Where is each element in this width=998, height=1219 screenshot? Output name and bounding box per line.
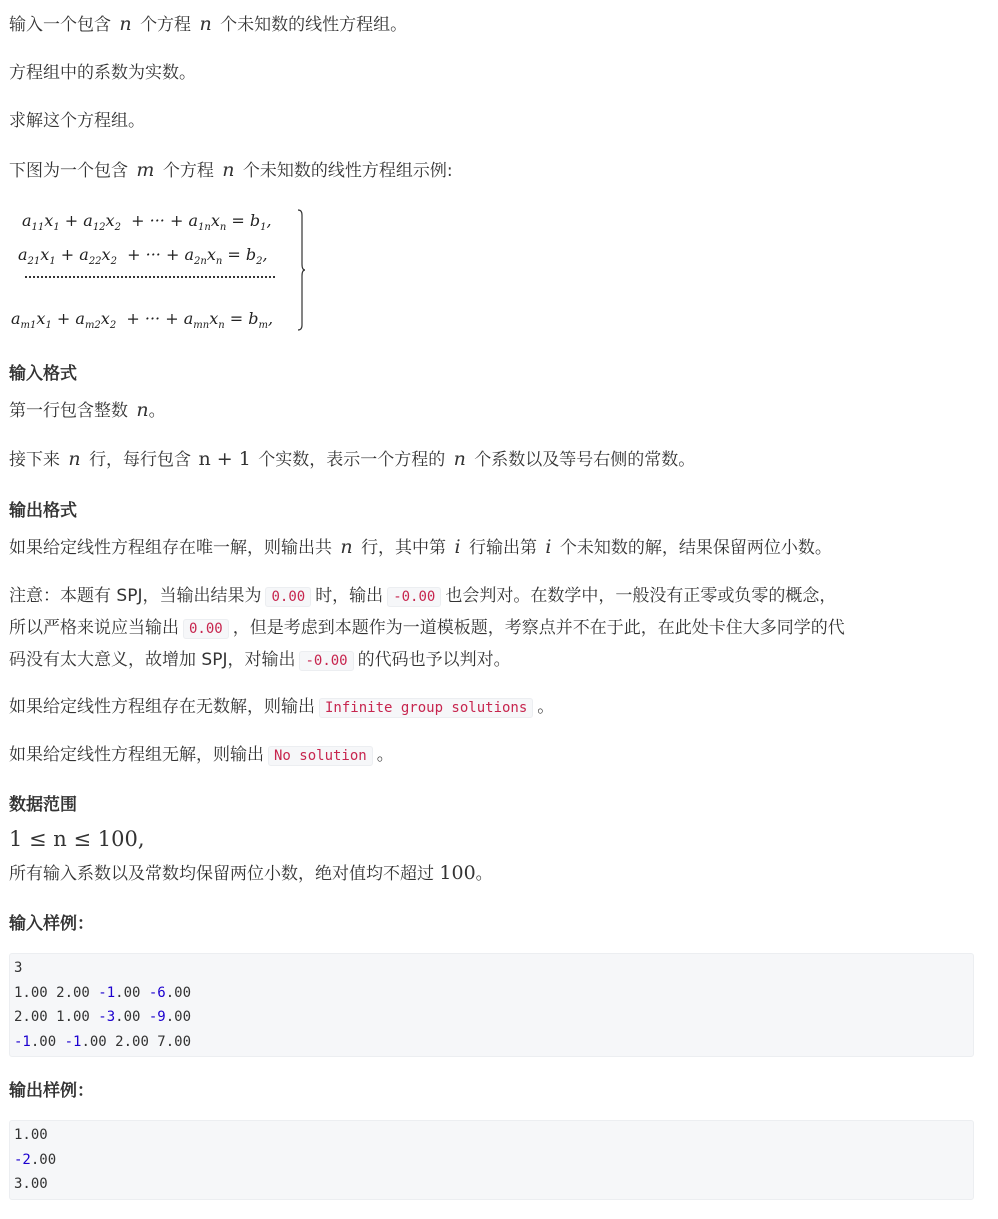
text: 所有输入系数以及常数均保留两位小数，绝对值均不超过 <box>9 864 434 884</box>
code-text: .00 <box>31 1152 56 1168</box>
text: 个未知数的线性方程组示例: <box>243 161 453 181</box>
code-text: .00 <box>31 1034 65 1050</box>
equation-row-1: a11x1 + a12x2 + ··· + a1nxn = b1, <box>22 211 272 233</box>
infinite-solutions-line: 如果给定线性方程组存在无数解，则输出Infinite group solutio… <box>9 692 554 724</box>
text: 注意：本题有 SPJ，当输出结果为 <box>9 586 261 606</box>
section-heading-output-format: 输出格式 <box>9 497 77 525</box>
math-number: 100 <box>439 862 475 884</box>
text: 的代码也予以判对。 <box>358 650 511 670</box>
code-text: 1.00 <box>14 1127 48 1143</box>
sample-output-section: 输出样例： <box>9 1077 94 1105</box>
text: 。 <box>537 697 554 717</box>
data-range-line-2: 所有输入系数以及常数均保留两位小数，绝对值均不超过 100。 <box>9 858 493 890</box>
text: 所以严格来说应当输出 <box>9 618 179 638</box>
code-text: 2.00 1.00 <box>14 1009 98 1025</box>
text: 。 <box>377 745 394 765</box>
text: 行输出第 <box>469 538 537 558</box>
sample-output-code-block[interactable]: 1.00-2.003.00 <box>9 1120 974 1200</box>
code-number-negative: -1 <box>14 1034 31 1050</box>
math-var: n <box>65 448 83 470</box>
code-line: 1.00 <box>14 1123 969 1148</box>
text: 求解这个方程组。 <box>9 106 145 137</box>
data-range-constraint: 1 ≤ n ≤ 100, <box>9 824 145 857</box>
inline-code: -0.00 <box>299 651 353 671</box>
intro-line-4: 下图为一个包含 m 个方程 n 个未知数的线性方程组示例: <box>9 155 453 187</box>
intro-line-2: 方程组中的系数为实数。 <box>9 58 196 89</box>
code-text: 3.00 <box>14 1176 48 1192</box>
input-format-line-2: 接下来 n 行，每行包含 n + 1 个实数，表示一个方程的 n 个系数以及等号… <box>9 444 695 476</box>
intro-line-1: 输入一个包含 n 个方程 n 个未知数的线性方程组。 <box>9 9 407 41</box>
inline-code: -0.00 <box>387 587 441 607</box>
right-brace-icon <box>297 209 305 331</box>
math-var: n <box>337 536 355 558</box>
input-format-line-1: 第一行包含整数 n。 <box>9 395 166 427</box>
math-var: n <box>116 13 134 35</box>
output-format-line-1: 如果给定线性方程组存在唯一解，则输出共 n 行，其中第 i 行输出第 i 个未知… <box>9 532 832 564</box>
math-expr: 1 ≤ n ≤ 100, <box>9 827 145 851</box>
math-var: i <box>451 536 463 558</box>
code-text: .00 <box>166 985 191 1001</box>
math-var: i <box>542 536 554 558</box>
output-format-section: 输出格式 <box>9 497 77 525</box>
sample-output-container: 1.00-2.003.00 <box>9 1120 974 1200</box>
text: 。 <box>476 864 493 884</box>
inline-code: 0.00 <box>265 587 311 607</box>
equation-row-m: am1x1 + am2x2 + ··· + amnxn = bm, <box>11 309 273 331</box>
text: 码没有太大意义，故增加 SPJ，对输出 <box>9 650 295 670</box>
text: 方程组中的系数为实数。 <box>9 58 196 89</box>
spj-note: 注意：本题有 SPJ，当输出结果为0.00时，输出-0.00也会判对。在数学中，… <box>9 581 845 677</box>
text: 行，其中第 <box>361 538 446 558</box>
code-text: 3 <box>14 960 22 976</box>
math-var: n <box>451 448 469 470</box>
text: 如果给定线性方程组存在唯一解，则输出共 <box>9 538 332 558</box>
section-heading-sample-output: 输出样例： <box>9 1077 94 1105</box>
text: 如果给定线性方程组无解，则输出 <box>9 745 264 765</box>
code-line: -1.00 -1.00 2.00 7.00 <box>14 1030 969 1055</box>
code-number-negative: -6 <box>149 985 166 1001</box>
text: ，但是考虑到本题作为一道模板题，考察点并不在于此，在此处卡住大多同学的代 <box>233 618 845 638</box>
equation-row-2: a21x1 + a22x2 + ··· + a2nxn = b2, <box>18 245 268 267</box>
code-number-negative: -3 <box>98 1009 115 1025</box>
text: 个未知数的线性方程组。 <box>220 15 407 35</box>
no-solution-line: 如果给定线性方程组无解，则输出No solution。 <box>9 740 394 772</box>
code-line: 2.00 1.00 -3.00 -9.00 <box>14 1005 969 1030</box>
code-line: -2.00 <box>14 1148 969 1173</box>
code-text: .00 <box>115 985 149 1001</box>
text: 下图为一个包含 <box>9 161 128 181</box>
math-var: m <box>133 159 157 181</box>
text: 个系数以及等号右侧的常数。 <box>474 450 695 470</box>
code-number-negative: -1 <box>65 1034 82 1050</box>
ellipsis-row <box>25 276 275 278</box>
code-text: .00 <box>166 1009 191 1025</box>
code-text: .00 2.00 7.00 <box>81 1034 191 1050</box>
section-heading-input-format: 输入格式 <box>9 360 77 388</box>
sample-input-section: 输入样例： <box>9 910 94 938</box>
text: 行，每行包含 <box>89 450 191 470</box>
text: 个方程 <box>163 161 214 181</box>
text: 个方程 <box>140 15 191 35</box>
math-expr: n + 1 <box>196 448 252 470</box>
code-number-negative: -1 <box>98 985 115 1001</box>
text: 接下来 <box>9 450 60 470</box>
text: 如果给定线性方程组存在无数解，则输出 <box>9 697 315 717</box>
section-heading-sample-input: 输入样例： <box>9 910 94 938</box>
text: 个未知数的解，结果保留两位小数。 <box>560 538 832 558</box>
inline-code: No solution <box>268 746 373 766</box>
text: 也会判对。在数学中，一般没有正零或负零的概念， <box>445 586 836 606</box>
text: 输入一个包含 <box>9 15 111 35</box>
input-format-section: 输入格式 <box>9 360 77 388</box>
text: 时，输出 <box>315 586 383 606</box>
code-text: 1.00 2.00 <box>14 985 98 1001</box>
section-heading-data-range: 数据范围 <box>9 791 77 819</box>
sample-input-code-block[interactable]: 31.00 2.00 -1.00 -6.002.00 1.00 -3.00 -9… <box>9 953 974 1057</box>
code-number-negative: -2 <box>14 1152 31 1168</box>
code-line: 3.00 <box>14 1172 969 1197</box>
equation-system-image: a11x1 + a12x2 + ··· + a1nxn = b1, a21x1 … <box>0 203 320 338</box>
text: 个实数，表示一个方程的 <box>258 450 445 470</box>
sample-input-container: 31.00 2.00 -1.00 -6.002.00 1.00 -3.00 -9… <box>9 953 974 1057</box>
math-var: n <box>219 159 237 181</box>
code-text: .00 <box>115 1009 149 1025</box>
math-var: n <box>196 13 214 35</box>
intro-line-3: 求解这个方程组。 <box>9 106 145 137</box>
data-range-section: 数据范围 <box>9 791 77 819</box>
code-line: 1.00 2.00 -1.00 -6.00 <box>14 981 969 1006</box>
text: 。 <box>149 401 166 421</box>
inline-code: Infinite group solutions <box>319 698 533 718</box>
code-line: 3 <box>14 956 969 981</box>
inline-code: 0.00 <box>183 619 229 639</box>
code-number-negative: -9 <box>149 1009 166 1025</box>
text: 第一行包含整数 <box>9 401 128 421</box>
math-var: n <box>133 399 148 421</box>
